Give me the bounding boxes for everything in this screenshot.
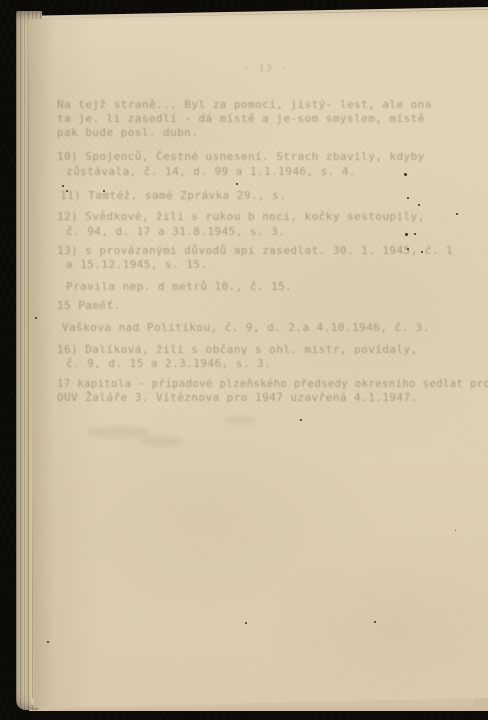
ink-smudge [140,436,184,447]
ink-speck [407,197,409,199]
ink-speck [418,204,420,206]
ink-speck [35,317,37,319]
ink-speck [407,248,409,250]
text-line: 16) Dalíková, žili s občany s ohl. mistr… [57,343,418,356]
text-line: zůstávala, č. 14, d. 99 a 1.1.1946, s. 4… [66,165,356,178]
text-line: a 15.12.1945, s. 15. [66,258,207,271]
ink-speck [47,641,49,643]
ink-speck [405,233,408,236]
ink-speck [300,419,302,421]
text-line: Vaškova nad Politikou, č. 9, d. 2.a 4.10… [62,321,430,334]
text-line: Pravila nep. d metrů 10., č. 15. [66,280,292,293]
ink-smudge [86,426,150,439]
ink-speck [236,183,238,185]
text-line: 11) Tamtéž, samé Zprávka 29., s. [60,189,286,202]
ink-speck [455,530,456,531]
ink-speck [62,185,64,187]
text-line: OUV Žaláře 3. Vítěznova pro 1947 uzavřen… [57,391,418,404]
text-line: 10) Spojenců, Čestné usnesení. Strach zb… [57,150,425,163]
text-line: 15 Paměť. [57,299,121,312]
ink-speck [66,190,68,192]
ink-speck [374,621,376,623]
text-line: 13) s provázanými důvodů api zasedlat. 3… [57,244,453,257]
text-line: č. 94, d. 17 a 31.8.1945, s. 3. [66,225,285,238]
ink-speck [245,622,247,624]
book-page: - 13 - Na tejž straně... Byl za pomocí, … [28,8,488,710]
page-number: - 13 - [236,63,296,74]
text-line: 17 kapitola - případové plzeňského předs… [57,378,488,391]
text-line: ta je. li zasedlí - dá místě a je-som sm… [57,112,425,125]
text-line: Na tejž straně... Byl za pomocí, jistý- … [57,98,432,111]
book-scan-photo: - 13 - Na tejž straně... Byl za pomocí, … [0,0,488,720]
ink-smudge [224,416,256,425]
ink-speck [414,233,416,235]
ink-speck [103,190,105,192]
text-line: č. 9, d. 15 a 2.3.1946, s. 3. [66,357,271,370]
ink-speck [456,213,458,215]
ink-speck [421,251,423,253]
ink-speck [404,173,407,176]
text-line: pak bude posl. dubn. [57,126,198,139]
text-line: 12) Svědkové, žili s rukou b noci, kočky… [57,210,425,223]
